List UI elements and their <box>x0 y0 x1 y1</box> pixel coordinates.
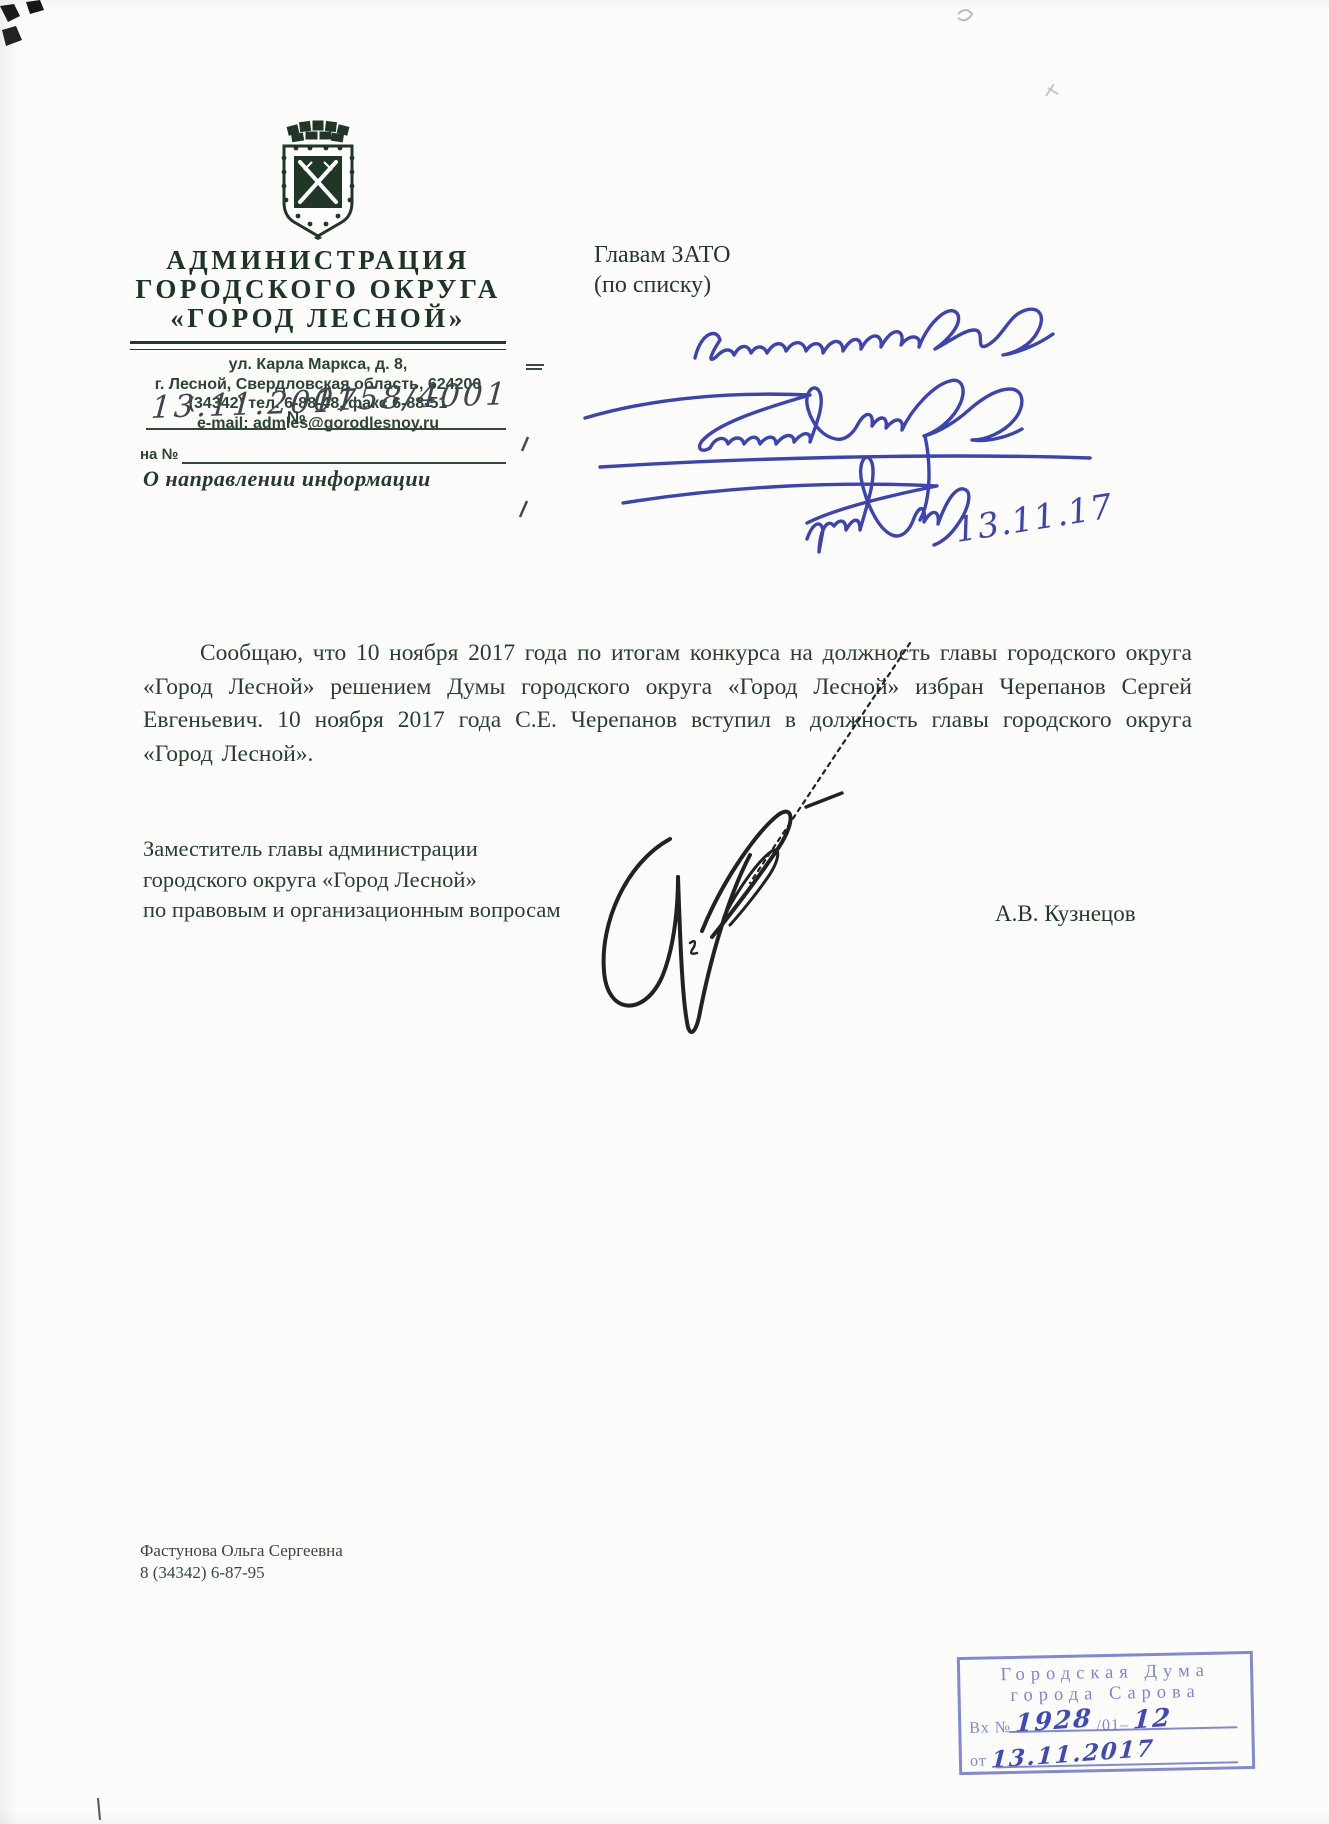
reply-to-label: на № <box>140 446 178 463</box>
stamp-date-row: от 13.11.2017 <box>970 1739 1245 1772</box>
org-name-line3: «ГОРОД ЛЕСНОЙ» <box>130 304 506 333</box>
signer-position-line1: Заместитель главы администрации <box>143 834 561 865</box>
signature-kuznetsov <box>570 625 940 1045</box>
signer-position-line2: городского округа «Город Лесной» <box>143 865 561 896</box>
stamp-in-number-handwritten: 1928 <box>1014 1703 1093 1738</box>
outgoing-number-handwritten: 0158/4001 <box>312 376 510 419</box>
scan-mark-bottom-left <box>88 1796 118 1824</box>
scanned-letter-page: АДМИНИСТРАЦИЯ ГОРОДСКОГО ОКРУГА «ГОРОД Л… <box>0 0 1329 1824</box>
org-name-line2: ГОРОДСКОГО ОКРУГА <box>130 275 506 304</box>
stamp-incoming-number-row: Вх № 1928 /01– 12 <box>969 1704 1244 1739</box>
executor-name: Фастунова Ольга Сергеевна <box>140 1540 343 1562</box>
signer-position-line3: по правовым и организационным вопросам <box>143 895 561 926</box>
incoming-registration-stamp: Городская Дума города Сарова Вх № 1928 /… <box>957 1651 1255 1775</box>
stamp-date-label: от <box>970 1753 987 1770</box>
signer-name: А.В. Кузнецов <box>995 901 1136 927</box>
stamp-in-label: Вх № <box>969 1719 1011 1737</box>
org-address-street: ул. Карла Маркса, д. 8, <box>130 355 506 375</box>
number-underline <box>308 428 506 430</box>
executor-phone: 8 (34342) 6-87-95 <box>140 1562 343 1584</box>
letter-subject: О направлении информации <box>143 466 431 492</box>
executor-contact-block: Фастунова Ольга Сергеевна 8 (34342) 6-87… <box>140 1540 343 1584</box>
scan-smudge-top-right <box>940 0 1080 120</box>
org-name-line1: АДМИНИСТРАЦИЯ <box>130 246 506 275</box>
number-sign-label: № <box>287 408 306 428</box>
signer-position-block: Заместитель главы администрации городско… <box>143 834 561 926</box>
scan-corner-artifact <box>0 0 70 70</box>
coat-of-arms-icon <box>270 118 366 240</box>
resolution-date-handwritten: 13.11.17 <box>952 486 1116 550</box>
handwritten-resolution-notes: 13.11.17 <box>505 290 1145 590</box>
recipient-line1: Главам ЗАТО <box>594 240 730 270</box>
date-underline <box>146 428 286 430</box>
stamp-in-suffix: /01– <box>1096 1717 1129 1735</box>
reply-to-underline <box>182 462 506 464</box>
letterhead-divider <box>130 341 506 350</box>
